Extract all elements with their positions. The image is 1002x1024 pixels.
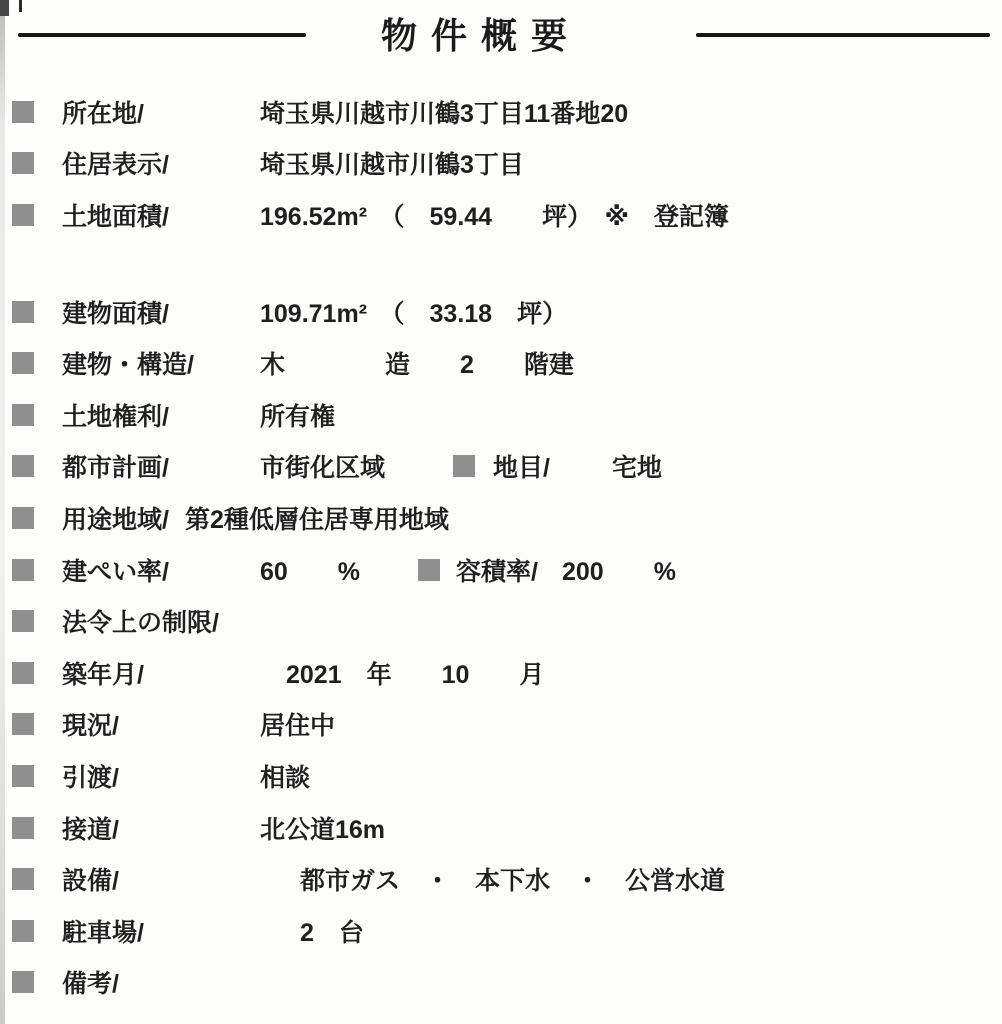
bullet-square-icon — [12, 559, 34, 581]
bullet-square-icon — [12, 204, 34, 226]
row-built-date: 築年月/ 2021 年 10 月 — [0, 647, 1002, 699]
row-legal-restrictions: 法令上の制限/ — [0, 595, 1002, 647]
field-value: 196.52m² （ 59.44 坪） ※ 登記簿 — [260, 197, 729, 233]
field-label: 接道/ — [62, 810, 260, 846]
row-building-area: 建物面積/ 109.71m² （ 33.18 坪） — [0, 286, 1002, 338]
field-label: 住居表示/ — [62, 145, 260, 181]
field-label: 引渡/ — [62, 758, 260, 794]
field-value: 木 造 2 階建 — [260, 345, 574, 381]
field-label: 土地権利/ — [62, 397, 260, 433]
bullet-square-icon — [12, 152, 34, 174]
field-value: 第2種低層住居専用地域 — [185, 500, 449, 536]
field-value: 200 % — [562, 552, 676, 588]
row-structure: 建物・構造/ 木 造 2 階建 — [0, 337, 1002, 389]
row-current-status: 現況/ 居住中 — [0, 699, 1002, 751]
field-value: 埼玉県川越市川鶴3丁目 — [260, 145, 524, 181]
bullet-square-icon — [12, 404, 34, 426]
bullet-square-icon — [12, 765, 34, 787]
row-handover: 引渡/ 相談 — [0, 750, 1002, 802]
bullet-square-icon — [12, 920, 34, 942]
field-value: 2 台 — [300, 913, 364, 949]
bullet-square-icon — [12, 868, 34, 890]
field-value: 宅地 — [612, 448, 662, 484]
bullet-square-icon — [12, 971, 34, 993]
field-value: 2021 年 10 月 — [286, 655, 544, 691]
page-title: 物 件 概 要 — [0, 8, 950, 59]
field-label: 所在地/ — [62, 94, 260, 130]
row-remarks: 備考/ — [0, 957, 1002, 1009]
field-label: 築年月/ — [62, 655, 260, 691]
field-label: 建ぺい率/ — [62, 552, 260, 588]
field-value: 都市ガス ・ 本下水 ・ 公営水道 — [300, 861, 725, 897]
row-parking: 駐車場/ 2 台 — [0, 905, 1002, 957]
row-city-planning: 都市計画/ 市街化区域 地目/ 宅地 — [0, 441, 1002, 493]
row-land-area: 土地面積/ 196.52m² （ 59.44 坪） ※ 登記簿 — [0, 189, 1002, 241]
field-label: 法令上の制限/ — [62, 603, 260, 639]
field-value: 北公道16m — [260, 810, 385, 846]
field-label: 都市計画/ — [62, 448, 260, 484]
row-land-rights: 土地権利/ 所有権 — [0, 389, 1002, 441]
field-label: 地目/ — [493, 448, 550, 484]
field-label: 土地面積/ — [62, 197, 260, 233]
bullet-square-icon — [12, 455, 34, 477]
field-value: 市街化区域 — [260, 448, 385, 484]
field-label: 建物面積/ — [62, 294, 260, 330]
field-value: 所有権 — [260, 397, 335, 433]
field-label: 容積率/ — [456, 552, 538, 588]
bullet-square-icon — [418, 559, 440, 581]
row-address-display: 住居表示/ 埼玉県川越市川鶴3丁目 — [0, 138, 1002, 190]
blank-line — [0, 241, 1002, 286]
field-value: 109.71m² （ 33.18 坪） — [260, 294, 567, 330]
field-label: 現況/ — [62, 706, 260, 742]
field-value: 埼玉県川越市川鶴3丁目11番地20 — [260, 94, 628, 130]
field-label: 備考/ — [62, 964, 260, 1000]
bullet-square-icon — [12, 713, 34, 735]
property-summary-page: 物 件 概 要 所在地/ 埼玉県川越市川鶴3丁目11番地20 住居表示/ 埼玉県… — [0, 0, 1002, 1024]
row-coverage-ratio: 建ぺい率/ 60 % 容積率/ 200 % — [0, 544, 1002, 596]
row-location: 所在地/ 埼玉県川越市川鶴3丁目11番地20 — [0, 86, 1002, 138]
bullet-square-icon — [12, 662, 34, 684]
bullet-square-icon — [12, 301, 34, 323]
bullet-square-icon — [12, 101, 34, 123]
row-zoning: 用途地域/ 第2種低層住居専用地域 — [0, 492, 1002, 544]
field-value: 相談 — [260, 758, 310, 794]
row-utilities: 設備/ 都市ガス ・ 本下水 ・ 公営水道 — [0, 853, 1002, 905]
property-fields: 所在地/ 埼玉県川越市川鶴3丁目11番地20 住居表示/ 埼玉県川越市川鶴3丁目… — [0, 86, 1002, 1008]
field-label: 建物・構造/ — [62, 345, 260, 381]
bullet-square-icon — [453, 455, 475, 477]
bullet-square-icon — [12, 352, 34, 374]
bullet-square-icon — [12, 610, 34, 632]
bullet-square-icon — [12, 817, 34, 839]
row-road-access: 接道/ 北公道16m — [0, 802, 1002, 854]
field-label: 駐車場/ — [62, 913, 260, 949]
field-value: 60 % — [260, 552, 360, 588]
bullet-square-icon — [12, 507, 34, 529]
field-value: 居住中 — [260, 706, 335, 742]
field-label: 設備/ — [62, 861, 260, 897]
